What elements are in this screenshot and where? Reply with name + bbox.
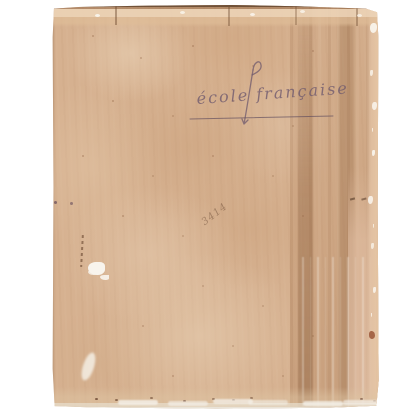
paint-chip-spot [88, 262, 105, 275]
surface-speckles [52, 5, 54, 7]
panel-bottom-edge [52, 387, 379, 409]
panel-top-edge [52, 5, 379, 27]
inscription-underline [190, 116, 333, 119]
panel-top-edge-joints [115, 6, 117, 25]
inscription-text: école française [196, 78, 349, 108]
inscription-handwriting: école française [185, 58, 375, 140]
wood-panel-verso: école française 3414 [52, 5, 379, 409]
red-paint-chip [369, 331, 375, 339]
dark-dot-marks [54, 201, 57, 204]
bottom-chalk-marks [118, 400, 158, 405]
wood-grain-streaks [302, 257, 376, 407]
letter-f-flourish [252, 62, 261, 75]
bottom-edge-specks [95, 398, 98, 400]
top-edge-chips [95, 14, 100, 17]
photo-background: école française 3414 [0, 0, 416, 416]
